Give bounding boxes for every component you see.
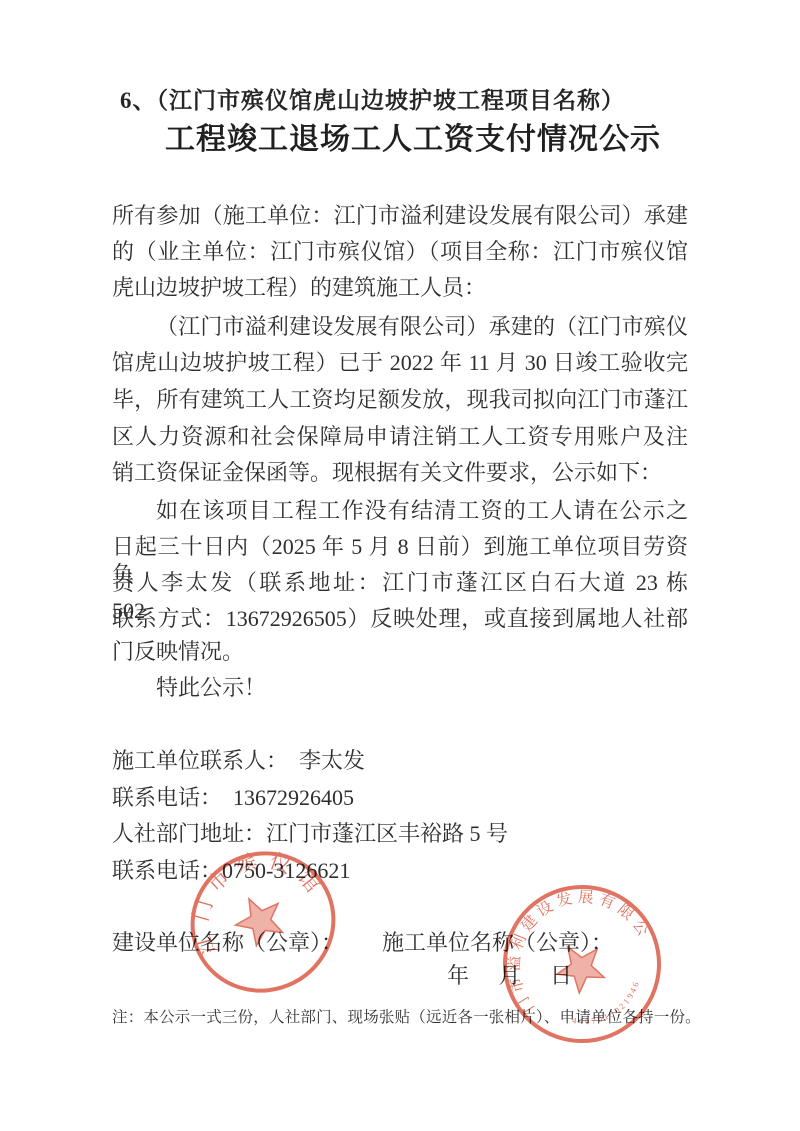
footnote: 注：本公示一式三份，人社部门、现场张贴（远近各一张相片）、申请单位各持一份。 <box>112 1005 701 1027</box>
body-line: 如在该项目工程工作没有结清工资的工人请在公示之 <box>156 497 688 525</box>
owner-unit-seal-label: 建设单位名称（公章）： <box>112 929 343 957</box>
body-line: （江门市溢利建设发展有限公司）承建的（江门市殡仪 <box>156 313 688 341</box>
body-line: 毕，所有建筑工人工资均足额发放，现我司拟向江门市蓬江 <box>112 386 688 414</box>
constructor-unit-seal-label: 施工单位名称（公章）： <box>382 929 613 957</box>
contact-phone-line: 联系电话： 13672926405 <box>112 784 354 812</box>
body-line: 门反映情况。 <box>112 638 244 666</box>
body-line: 的（业主单位：江门市殡仪馆）（项目全称：江门市殡仪馆 <box>112 238 688 266</box>
closing-statement: 特此公示！ <box>156 674 266 702</box>
notice-page: 6、（江门市殡仪馆虎山边坡护坡工程项目名称） 工程竣工退场工人工资支付情况公示 … <box>0 0 800 1131</box>
hr-bureau-address-line: 人社部门地址：江门市蓬江区丰裕路 5 号 <box>112 820 508 848</box>
date-blank-line: 年 月 日 <box>447 962 584 990</box>
body-line: 馆虎山边坡护坡工程）已于 2022 年 11 月 30 日竣工验收完 <box>112 349 688 377</box>
body-line: 销工资保证金保函等。现根据有关文件要求，公示如下： <box>112 459 662 487</box>
page-title-main: 工程竣工退场工人工资支付情况公示 <box>165 114 661 158</box>
body-line: 所有参加（施工单位：江门市溢利建设发展有限公司）承建 <box>112 202 688 230</box>
body-line: 区人力资源和社会保障局申请注销工人工资专用账户及注 <box>112 423 688 451</box>
hr-bureau-phone-line: 联系电话：0750-3126621 <box>112 857 350 885</box>
body-line: 虎山边坡护坡工程）的建筑施工人员： <box>112 274 486 302</box>
body-line: 联系方式：13672926505）反映处理，或直接到属地人社部 <box>112 605 688 633</box>
page-title-project-line: 6、（江门市殡仪馆虎山边坡护坡工程项目名称） <box>120 82 625 115</box>
contact-person-line: 施工单位联系人： 李太发 <box>112 747 365 775</box>
